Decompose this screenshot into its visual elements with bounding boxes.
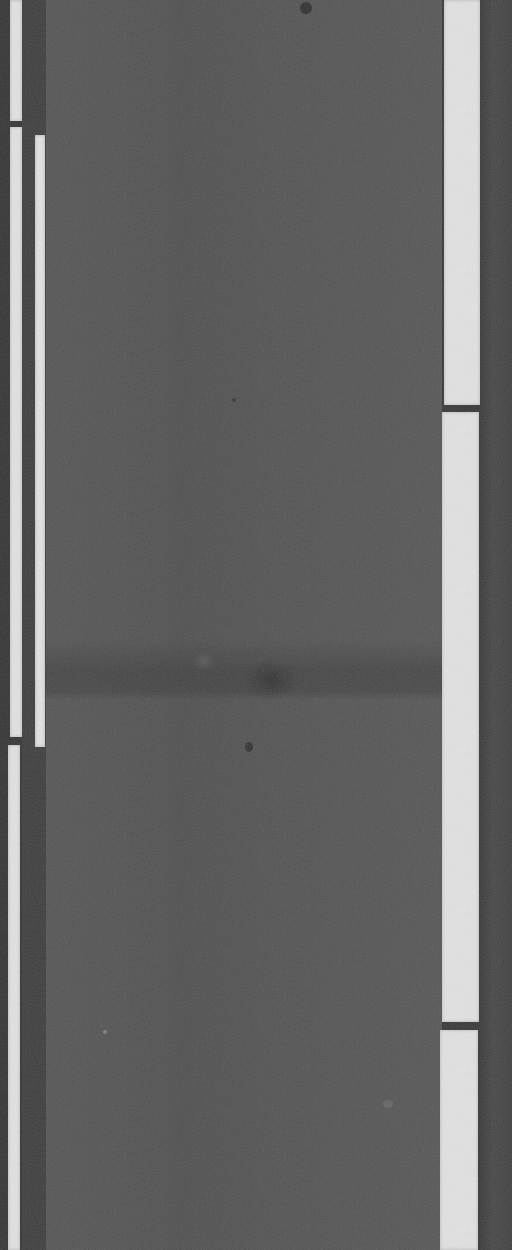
- right-line-segment: [444, 0, 480, 405]
- pavement-seam: [46, 640, 442, 700]
- right-line-segment: [442, 412, 479, 1022]
- debris-spot: [232, 398, 236, 402]
- right-line-segment: [440, 1030, 478, 1250]
- asphalt-lane: [46, 0, 442, 1250]
- debris-spot: [300, 2, 312, 14]
- left-outer-line-segment: [10, 0, 22, 121]
- left-outer-line-segment: [10, 127, 22, 737]
- road-scene: [0, 0, 512, 1250]
- left-outer-line-segment: [8, 745, 20, 1250]
- debris-spot: [383, 1100, 393, 1108]
- left-inner-line-segment: [35, 135, 45, 747]
- debris-spot: [103, 1030, 107, 1034]
- debris-spot: [245, 742, 253, 752]
- right-shoulder: [480, 0, 512, 1250]
